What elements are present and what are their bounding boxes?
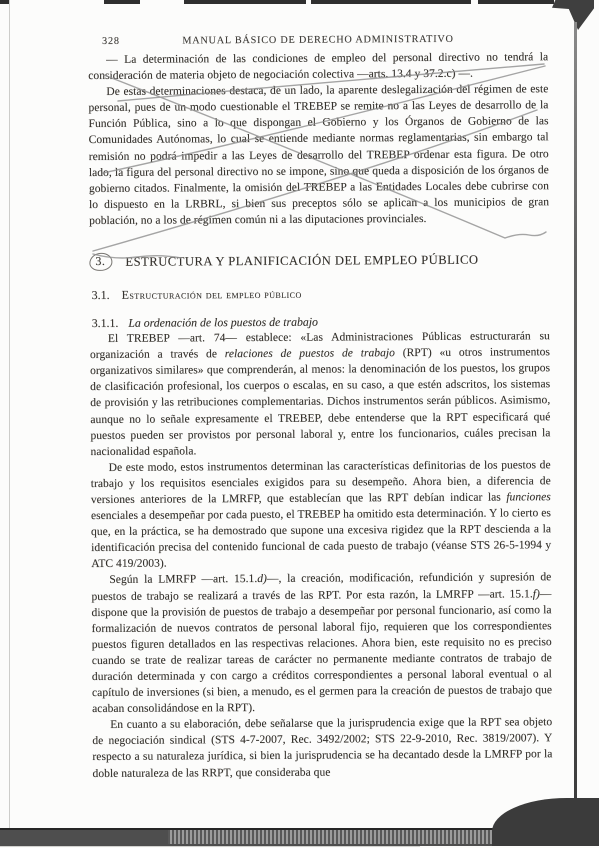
subsubsection-number: 3.1.1. bbox=[92, 316, 119, 331]
subsection-heading-3-1: 3.1. Estructuración del empleo público bbox=[90, 285, 550, 303]
running-title: MANUAL BÁSICO DE DERECHO ADMINISTRATIVO bbox=[88, 33, 548, 47]
paragraph-de-este-modo: De este modo, estos instrumentos determi… bbox=[91, 457, 552, 572]
subsection-number: 3.1. bbox=[92, 288, 110, 303]
paragraph-text: — dispone que la provisión de puestos de… bbox=[91, 588, 552, 715]
paragraph-text: esenciales a desempeñar por cada puesto,… bbox=[91, 507, 551, 570]
scan-artifact-page-stack-hatch bbox=[168, 830, 498, 844]
paragraph-personal-directivo: — La determinación de las condiciones de… bbox=[88, 49, 548, 84]
page-content: 328 MANUAL BÁSICO DE DERECHO ADMINISTRAT… bbox=[88, 33, 553, 781]
paragraph-text: En cuanto a su elaboración, debe señalar… bbox=[92, 716, 552, 779]
paragraph-segun-lmrfp: Según la LMRFP —art. 15.1.d)—, la creaci… bbox=[91, 570, 552, 718]
paragraph-trebep-art74: El TREBEP —art. 74— establece: «Las Admi… bbox=[90, 328, 551, 460]
paragraph-determinaciones: De estas determinaciones destaca, de un … bbox=[88, 81, 549, 229]
paragraph-text: De estas determinaciones destaca, de un … bbox=[88, 83, 549, 227]
italic-term: funciones bbox=[506, 491, 551, 503]
scan-artifact-top-edge bbox=[184, 0, 306, 4]
scan-artifact-top-edge bbox=[104, 0, 140, 4]
running-head: 328 MANUAL BÁSICO DE DERECHO ADMINISTRAT… bbox=[88, 33, 548, 52]
paragraph-text: — La determinación de las condiciones de… bbox=[88, 51, 548, 82]
scan-artifact-left-edge-line bbox=[9, 0, 10, 830]
subsection-title: Estructuración del empleo público bbox=[122, 287, 302, 303]
italic-term: relaciones de puestos de trabajo bbox=[225, 347, 395, 360]
paragraph-text: (RPT) «u otros instrumentos organizativo… bbox=[90, 346, 550, 457]
paragraph-text: De este modo, estos instrumentos determi… bbox=[91, 459, 551, 506]
scanned-book-page: { "colors": { "paper": "#fcfcfb", "ink":… bbox=[0, 0, 599, 848]
scan-artifact-top-edge bbox=[478, 0, 554, 4]
subsubsection-title: La ordenación de los puestos de trabajo bbox=[128, 315, 318, 331]
section-heading-3: 3. ESTRUCTURA Y PLANIFICACIÓN DEL EMPLEO… bbox=[89, 250, 549, 271]
section-title: ESTRUCTURA Y PLANIFICACIÓN DEL EMPLEO PÚ… bbox=[125, 252, 478, 269]
paragraph-text: Según la LMRFP —art. 15.1. bbox=[109, 573, 257, 586]
section-number-circled: 3. bbox=[89, 253, 112, 271]
scan-artifact-right-page-edge bbox=[574, 22, 577, 810]
scan-artifact-top-edge bbox=[311, 0, 471, 4]
italic-letter: d) bbox=[257, 573, 267, 585]
scan-artifact-bottom-line bbox=[0, 846, 420, 847]
paragraph-elaboracion: En cuanto a su elaboración, debe señalar… bbox=[92, 714, 552, 781]
scan-artifact-top-edge bbox=[0, 0, 9, 4]
